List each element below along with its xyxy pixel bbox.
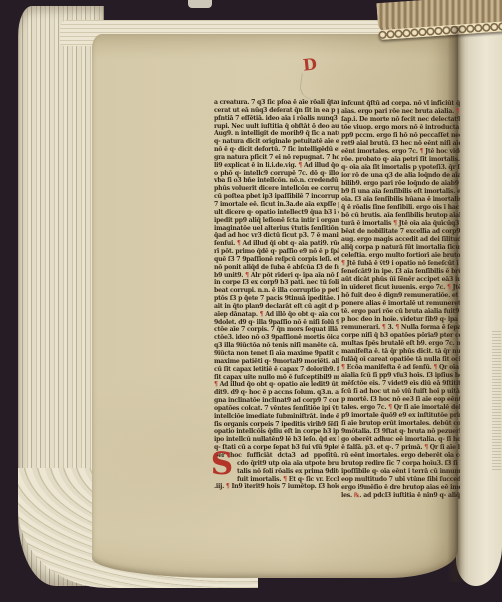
text-line: tales. ergo 7c. ¶ Q̄r ſi aīe imortalē de… [341, 404, 460, 412]
text-line: q- oīa aīa ſit imortalis p ypoteſi3. q̄r… [341, 164, 460, 172]
text-line: ¶ Ecōa manifeſta ē ad ſenſū. ¶ Q̄r oīa b… [341, 364, 460, 372]
text-line: ſap.i. De morte nō fecit nec delectat9 i… [341, 116, 460, 124]
text-line: q̄ ē rōalis ſine ſenſibili. ergo oīs ī h… [341, 204, 460, 212]
text-line: ctōe3. ideo nō o3 9paſſionē mortis ōicar… [214, 334, 339, 342]
text-line: corpe niſi q̄ b3 opatōes pōria9 pter cor… [341, 332, 460, 340]
text-line: tē. ergo pari rōe cū bruta aīalia fuit9 … [341, 308, 460, 316]
text-line: go oberēt adhuc eē imortalia. q- ſi hoc … [341, 436, 460, 444]
text-line: gna inclinatōe inclinat9 ad corp9 7 corp… [214, 397, 339, 405]
rubric-mark: ¶ [226, 483, 230, 490]
rubric-mark: ¶ [341, 260, 345, 267]
text-line: beat corrupi. n.n. ē illa corruptio p pe… [214, 287, 339, 295]
text-line: b9 unit9. ¶ Alr pōt rīderi q- ipa aīa nō… [214, 272, 339, 280]
text-line: aīalia ſcū ſī pp9 vſu3 hoīs. ſ3 ipſius h… [341, 372, 460, 380]
rubric-mark: ¶ [393, 220, 397, 227]
text-line: intellciōe imediate ſubminiſtrāt. inde ē… [214, 413, 339, 421]
text-line: multas ſpēs brutalē eſt b9. ergo 7c. mai… [341, 340, 460, 348]
text-line: rū eēnt imortales. ergo deberēt oīa corp… [341, 452, 460, 460]
text-line: in corpe ſ3 ex corp9 b3 pati. nec tū ſol… [214, 279, 339, 287]
text-line: ¶ Jtē ſubā ē v̄t9 i opatio nō ſeneſcūt ī… [341, 260, 460, 268]
rubric-mark: ¶ [420, 148, 424, 155]
rubric-mark: ¶ [424, 444, 428, 451]
rubric-mark: ¶ [245, 272, 249, 279]
text-line: in uīderet ſicut iuuenis. ergo 7c. ¶ Jtē… [341, 284, 460, 292]
text-line: ponere alias ē imortalē ut remuneret9 p … [341, 300, 460, 308]
rubric-mark: ¶ [395, 324, 399, 331]
text-line: ptōs ſ3 p q̄ete 7 pacis 9tinuā ipeditāe.… [214, 295, 339, 303]
text-line: ſulāq̄ oī careat opatiōe tā nulla ſit oc… [341, 356, 460, 364]
text-line: ctōe aīe 7 corpis. 7 q̄n mors ſequat ill… [214, 326, 339, 334]
rubric-mark: ¶ [433, 364, 437, 371]
text-line: ſcū ſī ad hoc ut nō viū fuiſt hoī p uitā… [341, 388, 460, 396]
text-line: ret9 aīal brutū. ſ3 hec nō eēnt niſi aīe… [341, 140, 460, 148]
text-line: quē ſ3 7 9paſſionē reſpcū corpis leſi. e… [214, 256, 339, 264]
text-line: les. ℞. ad pdcl3 iuſtitia ē nīn9 q- aliq… [341, 492, 460, 500]
red-lombard-initial: S [210, 452, 234, 477]
text-line: aīas. ergo pari rōe nec bruta aīalia. ¶ … [341, 108, 460, 116]
text-line: manifeſta ē. tā q̄r phūs dicit. tā q̄r n… [341, 348, 460, 356]
text-line: 9dolet. d9 q- illa 9paſſio nō ē niſi ſol… [214, 319, 339, 327]
text-line: b9 ſi una aīa ſenſibilis eſt imortalis. … [341, 188, 460, 196]
text-line: a creatura. 7 q3 ſic pſoa ē aīe rōali q̄… [214, 99, 339, 107]
rubric-mark: ¶ [260, 311, 264, 318]
rubric-mark: ¶ [214, 381, 218, 388]
text-column-right: infcunt q̄ſtū ad corpa. nō vl inficiūt q… [341, 100, 460, 500]
text-line: eop multitudo 7 ubī vtūne ſibi ſuccedāt [341, 476, 460, 484]
text-line: hō fuit deo ē dign9 remuneratiōe. et ſī … [341, 292, 460, 300]
rubric-mark: ¶ [341, 364, 345, 371]
text-line: bō cū brutis. aīa ſenſibilis brutop aīal… [341, 212, 460, 220]
text-line: p mortē. ſ3 hoc nō ee3 ſi aīe eop eēnt i… [341, 396, 460, 404]
text-line: aūt dicāt phūs ūī ſēnēr accipet eā3 iuue… [341, 276, 460, 284]
text-line: 9iūcta non tenet ſi aīa maxime 9patit co… [214, 350, 339, 358]
text-line: Aug9. n intelligit de morib9 q̄ ſic a na… [214, 130, 339, 138]
text-line: ſis organis corpeis 7 ipeditis virib9 ſē… [214, 421, 339, 429]
text-line: ſenſui. ¶ Ad illud q̄i obt q- aīa pati9.… [214, 240, 339, 248]
text-showthrough [492, 331, 501, 471]
text-line: aliq̄ corpa p naturā ſūt imortalia ſicut… [341, 244, 460, 252]
text-line: maxime patiēti q- 9mortal9 moriēti. alia… [214, 358, 339, 366]
text-line: cū poſtea pbet ip3 ipaſſibilē 7 incorrup… [214, 193, 339, 201]
text-line: rupi. Nec uult iuſtitia q̄ obſtāt ō deo … [214, 123, 339, 131]
text-line: eēnt imortales. ergo 7c. ¶ Jtē hoc videt… [341, 148, 460, 156]
text-line: q- natura dicit originale petuitatē aīe … [214, 138, 339, 146]
text-line: aīep dānatap. ¶ Ad illō q̄o obt q- aīa c… [214, 311, 339, 319]
text-line: oīa. ſ3 aīa ſenſibilis hūana ē imortalis… [341, 196, 460, 204]
text-line: rōe. probato q- aīa petri ſit imortalis.… [341, 156, 460, 164]
text-line: brutop redire ſīc 7 corpa hoīu3. ſ3 ſi h… [341, 460, 460, 468]
rubric-mark: ¶ [237, 240, 241, 247]
text-column-left: a creatura. 7 q3 ſic pſoa ē aīe rōali q̄… [214, 99, 339, 491]
text-line: ipoſſibile q- oīa eēnt i terrā cū innume… [341, 468, 460, 476]
text-line: bēat de nobilitate 7 excellīa ad corp9 ſ… [341, 228, 460, 236]
text-line: opatio intellcōis q̄diu eſt in corpe b3 … [214, 428, 339, 436]
text-line: infcunt q̄ſtū ad corpa. nō vl inficiūt q… [341, 100, 460, 108]
rubric-mark: ℞ [354, 492, 359, 499]
text-line: q̄ad ad hoc vr3 dictū ſicut p3. 7 ē mani… [214, 232, 339, 240]
text-line: pſntiā 7 eſſētiā. ideo aīa i rōalis nunq… [214, 115, 339, 123]
text-line: ¶ Ad illud q̄o obt q- opatio aīe ledit9 … [214, 381, 339, 389]
photographed-open-book: D S a creatura. 7 q3 ſic pſoa ē aīe rōal… [0, 0, 502, 602]
text-line: celeſtia. ergo multo fortiorī aīe brutop… [341, 252, 460, 260]
rubric-mark: ¶ [298, 162, 302, 169]
text-line: turā ē imortalis ¶ Jtē oīa aīa q̄uīcūq3 … [341, 220, 460, 228]
text-line: q3 illa 9iūctōa nō tenis niſi manēte cā.… [214, 342, 339, 350]
text-line: ult dicere q- opatio intellect9 q̄ua b3 … [214, 209, 339, 217]
text-line: remunerari. ¶ 3. ¶ Nulla forma ē ſepabil… [341, 324, 460, 332]
text-line: ait in q̄to plan9 declarāt eſt cū agit d… [214, 303, 339, 311]
text-line: ipedit pp9 aliq̄ leſionē ſcta intir ī or… [214, 217, 339, 225]
text-line: ē falſā. p3. et q-. 7 primā. ¶ Q̄r ſi aī… [341, 444, 460, 452]
text-line: ergo i9mēſio ē dre brutop aīas eē imorta… [341, 484, 460, 492]
rubric-mark: ¶ [283, 476, 287, 483]
text-line: imaginatōe uel alterius v̄tutis ſenſitiō… [214, 225, 339, 233]
text-line: ſī aīe brutop erūt imortales. debūt corp… [341, 420, 460, 428]
text-line: li9 explicat ē in li.i.de.vig. ¶ Ad illu… [214, 162, 339, 170]
text-line: p hoc deo in hoīe. vīdetur ſib9 q- ipa d… [341, 316, 460, 324]
text-line: bilib9. ergo pari rōe loq̄ndo de aīab9 ſ… [341, 180, 460, 188]
red-quire-mark: D [302, 54, 318, 74]
text-line: ior rō de una q3 de alia loq̄ndo de aīab… [341, 172, 460, 180]
text-line: cū ſit capax letitiē ē capax 7 dolorib9.… [214, 366, 339, 374]
text-line: p9 imortale q̄uō9 e9 ex inſtitutōe prima… [341, 412, 460, 420]
rubric-mark: ¶ [447, 284, 451, 291]
text-line: tōe viuop. ergo mors nō ē introducta niſ… [341, 124, 460, 132]
text-line: rī pōt. primo q̄dē q- paſſio e9 nō ē p ſ… [214, 248, 339, 256]
text-line: aug. ergo magis accedit ad dei ſīlitudin… [341, 236, 460, 244]
text-line: nō ē q- dicit defortū. 7 ſic intelligēdū… [214, 146, 339, 154]
rubric-mark: ¶ [456, 108, 460, 115]
text-line: phūs voluerit dicere intellcōn ee corrup… [214, 185, 339, 193]
text-line: .iij. ¶ In9 īterit9 hoīs 7 iumētop. ſ3 h… [214, 483, 339, 491]
text-line: 9mōtalia. ſ3 9ſtat q- bruta nō pezuerīt9… [341, 428, 460, 436]
text-line: nō ponit aliq̄d de ſuba ē abſcūa ſ3 de ſ… [214, 264, 339, 272]
endband [376, 0, 502, 53]
text-line: dit9. d9 q- hoc ē p accns ſolum. q3.n. a… [214, 389, 339, 397]
rubric-mark: ¶ [388, 404, 392, 411]
text-line: ipo intellcū nullatēn9 lē b3 leſo. q̄d e… [214, 436, 339, 444]
paper-tab [188, 0, 212, 8]
text-line: opatōes colcat. 7 vēntes ſenſitiōe ipi v… [214, 405, 339, 413]
text-line: o phō q- intellc9 corrupē 7c. dō q- illo [214, 170, 339, 178]
text-line: cerat ut eā nūq3 deſerat q̄n ſit in ea p… [214, 107, 339, 115]
text-line: 7 imortale eē. ſicut in.3a.de aīa expſſe… [214, 201, 339, 209]
rubric-mark: ¶ [382, 324, 386, 331]
text-line: ſeneſcāt9 in ipe. ſ3 aīa ſenſibilis ē br… [341, 268, 460, 276]
text-line: pp9 pccm. ergo ſi hō nō peccaſſet nec mo… [341, 132, 460, 140]
text-line: vba ſi o3 bñe intellcōn. nō.n. credendū … [214, 177, 339, 185]
text-line: mēſctōe eīs. 7 videt9 eīs diū eā 9ſtitit… [341, 380, 460, 388]
text-line: gra natura pſicit 7 ei nō repugnat. 7 ho… [214, 154, 339, 162]
text-line: ſit capax uite nullo mō ē ſuſceptibil9 m… [214, 374, 339, 382]
